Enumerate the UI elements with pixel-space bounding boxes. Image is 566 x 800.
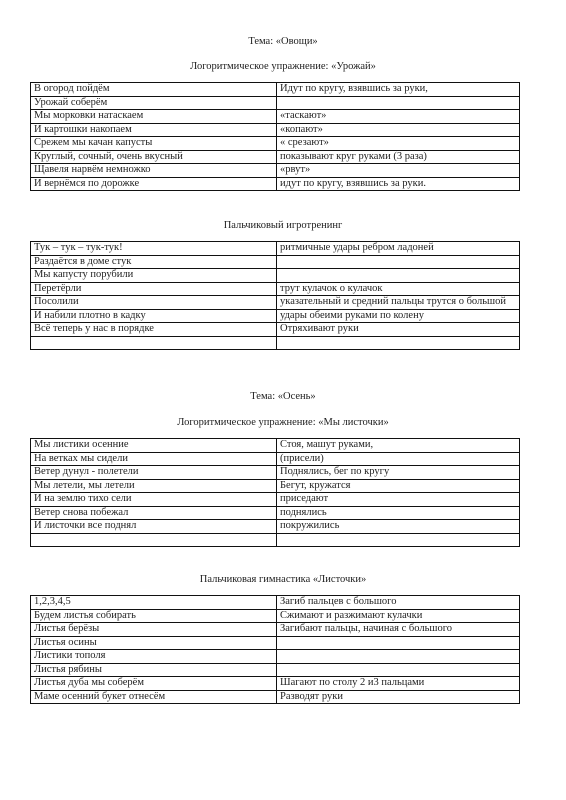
table-row: Мы листики осенниеСтоя, машут руками, <box>31 439 520 453</box>
table-row: И листочки все поднялпокружились <box>31 520 520 534</box>
action-cell: покружились <box>277 520 520 534</box>
action-cell: Бегут, кружатся <box>277 479 520 493</box>
verse-cell: Листья осины <box>31 636 277 650</box>
table-row: Посолилиуказательный и средний пальцы тр… <box>31 296 520 310</box>
table-row: Урожай соберём <box>31 96 520 110</box>
table-harvest: В огород пойдёмИдут по кругу, взявшись з… <box>30 82 520 191</box>
table-row: Листья рябины <box>31 663 520 677</box>
action-cell: «копают» <box>277 123 520 137</box>
verse-cell: Листья рябины <box>31 663 277 677</box>
table-row: На ветках мы сидели(присели) <box>31 452 520 466</box>
verse-cell: Раздаётся в доме стук <box>31 255 277 269</box>
table-leaves: Мы листики осенниеСтоя, машут руками,На … <box>30 438 520 547</box>
action-cell: Шагают по столу 2 и3 пальцами <box>277 677 520 691</box>
table-row: Листики тополя <box>31 650 520 664</box>
action-cell: приседают <box>277 493 520 507</box>
verse-cell: Тук – тук – тук-тук! <box>31 242 277 256</box>
verse-cell: Листики тополя <box>31 650 277 664</box>
verse-cell: Ветер дунул - полетели <box>31 466 277 480</box>
action-cell: Отряхивают руки <box>277 323 520 337</box>
verse-cell <box>31 533 277 547</box>
table-row: И на землю тихо селиприседают <box>31 493 520 507</box>
verse-cell: Будем листья собирать <box>31 609 277 623</box>
action-cell: поднялись <box>277 506 520 520</box>
action-cell <box>277 96 520 110</box>
verse-cell: И набили плотно в кадку <box>31 309 277 323</box>
table-row <box>31 533 520 547</box>
table-row: И вернёмся по дорожкеидут по кругу, взяв… <box>31 177 520 191</box>
action-cell: Разводят руки <box>277 690 520 704</box>
exercise-title-finger-gymnastics: Пальчиковая гимнастика «Листочки» <box>0 573 566 586</box>
table-row: Всё теперь у нас в порядкеОтряхивают рук… <box>31 323 520 337</box>
table-row: Ветер дунул - полетелиПоднялись, бег по … <box>31 466 520 480</box>
table-row: Круглый, сочный, очень вкусныйпоказывают… <box>31 150 520 164</box>
action-cell: Загибают пальцы, начиная с большого <box>277 623 520 637</box>
table-row: 1,2,3,4,5Загиб пальцев с большого <box>31 596 520 610</box>
table-row: Мы капусту порубили <box>31 269 520 283</box>
action-cell <box>277 650 520 664</box>
table-row: Тук – тук – тук-тук!ритмичные удары ребр… <box>31 242 520 256</box>
table-row: Листья дуба мы соберёмШагают по столу 2 … <box>31 677 520 691</box>
verse-cell: Срежем мы качан капусты <box>31 137 277 151</box>
table-row: Листья берёзыЗагибают пальцы, начиная с … <box>31 623 520 637</box>
verse-cell: Посолили <box>31 296 277 310</box>
verse-cell: Маме осенний букет отнесём <box>31 690 277 704</box>
table-row: Листья осины <box>31 636 520 650</box>
action-cell: указательный и средний пальцы трутся о б… <box>277 296 520 310</box>
table-row: Перетёрлитрут кулачок о кулачок <box>31 282 520 296</box>
action-cell: Загиб пальцев с большого <box>277 596 520 610</box>
table-finger-training: Тук – тук – тук-тук!ритмичные удары ребр… <box>30 241 520 350</box>
verse-cell: И картошки накопаем <box>31 123 277 137</box>
action-cell: Сжимают и разжимают кулачки <box>277 609 520 623</box>
action-cell: Поднялись, бег по кругу <box>277 466 520 480</box>
verse-cell: На ветках мы сидели <box>31 452 277 466</box>
action-cell: Стоя, машут руками, <box>277 439 520 453</box>
table-finger-gymnastics: 1,2,3,4,5Загиб пальцев с большогоБудем л… <box>30 595 520 704</box>
verse-cell: Урожай соберём <box>31 96 277 110</box>
action-cell <box>277 255 520 269</box>
action-cell <box>277 663 520 677</box>
verse-cell: В огород пойдём <box>31 83 277 97</box>
table-row: Мы морковки натаскаем«таскают» <box>31 110 520 124</box>
action-cell: ритмичные удары ребром ладоней <box>277 242 520 256</box>
table-row: В огород пойдёмИдут по кругу, взявшись з… <box>31 83 520 97</box>
action-cell <box>277 336 520 350</box>
action-cell <box>277 269 520 283</box>
action-cell: Идут по кругу, взявшись за руки, <box>277 83 520 97</box>
table-row: Раздаётся в доме стук <box>31 255 520 269</box>
action-cell: трут кулачок о кулачок <box>277 282 520 296</box>
action-cell <box>277 533 520 547</box>
table-row: Срежем мы качан капусты« срезают» <box>31 137 520 151</box>
action-cell: (присели) <box>277 452 520 466</box>
verse-cell: Мы морковки натаскаем <box>31 110 277 124</box>
table-row: Будем листья собиратьСжимают и разжимают… <box>31 609 520 623</box>
action-cell <box>277 636 520 650</box>
verse-cell: 1,2,3,4,5 <box>31 596 277 610</box>
verse-cell: Круглый, сочный, очень вкусный <box>31 150 277 164</box>
table-row: Щавеля нарвём немножко«рвут» <box>31 164 520 178</box>
verse-cell: И листочки все поднял <box>31 520 277 534</box>
verse-cell: И вернёмся по дорожке <box>31 177 277 191</box>
action-cell: « срезают» <box>277 137 520 151</box>
table-row: Маме осенний букет отнесёмРазводят руки <box>31 690 520 704</box>
action-cell: «таскают» <box>277 110 520 124</box>
verse-cell: Листья дуба мы соберём <box>31 677 277 691</box>
action-cell: идут по кругу, взявшись за руки. <box>277 177 520 191</box>
table-row <box>31 336 520 350</box>
exercise-title-leaves: Логоритмическое упражнение: «Мы листочки… <box>0 416 566 429</box>
verse-cell: Мы капусту порубили <box>31 269 277 283</box>
verse-cell: Мы летели, мы летели <box>31 479 277 493</box>
exercise-title-finger-training: Пальчиковый игротренинг <box>0 219 566 232</box>
verse-cell: Всё теперь у нас в порядке <box>31 323 277 337</box>
theme-vegetables: Тема: «Овощи» <box>0 35 566 48</box>
verse-cell: И на землю тихо сели <box>31 493 277 507</box>
exercise-title-harvest: Логоритмическое упражнение: «Урожай» <box>0 60 566 73</box>
verse-cell: Перетёрли <box>31 282 277 296</box>
table-row: Мы летели, мы летелиБегут, кружатся <box>31 479 520 493</box>
action-cell: показывают круг руками (3 раза) <box>277 150 520 164</box>
table-row: И картошки накопаем«копают» <box>31 123 520 137</box>
verse-cell: Щавеля нарвём немножко <box>31 164 277 178</box>
theme-autumn: Тема: «Осень» <box>0 390 566 403</box>
table-row: Ветер снова побежалподнялись <box>31 506 520 520</box>
action-cell: удары обеими руками по колену <box>277 309 520 323</box>
verse-cell: Листья берёзы <box>31 623 277 637</box>
verse-cell: Ветер снова побежал <box>31 506 277 520</box>
verse-cell <box>31 336 277 350</box>
table-row: И набили плотно в кадкуудары обеими рука… <box>31 309 520 323</box>
action-cell: «рвут» <box>277 164 520 178</box>
verse-cell: Мы листики осенние <box>31 439 277 453</box>
